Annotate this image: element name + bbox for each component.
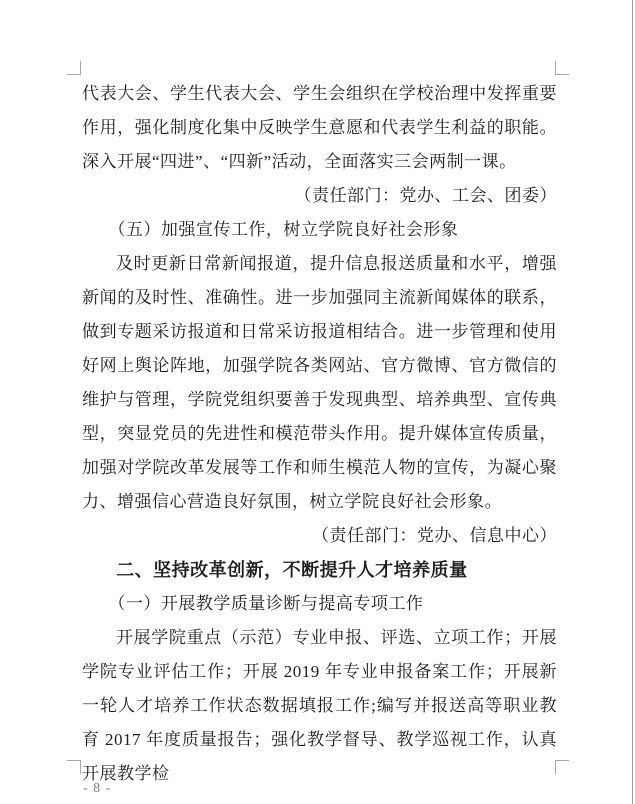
crop-mark-top-right [555,61,569,75]
document-content: 代表大会、学生代表大会、学生会组织在学校治理中发挥重要作用，强化制度化集中反映学… [82,77,557,791]
body-paragraph: 代表大会、学生代表大会、学生会组织在学校治理中发挥重要作用，强化制度化集中反映学… [82,77,557,179]
crop-mark-bottom-right [555,760,569,774]
body-paragraph: 开展学院重点（示范）专业申报、评选、立项工作；开展学院专业评估工作；开展 201… [82,621,557,791]
sub-heading: （一）开展教学质量诊断与提高专项工作 [82,587,557,621]
attribution-line: （责任部门：党办、信息中心） [82,519,557,553]
crop-mark-bottom-left [67,760,81,774]
document-page: 代表大会、学生代表大会、学生会组织在学校治理中发挥重要作用，强化制度化集中反映学… [0,0,635,804]
page-edge-line [632,0,633,804]
crop-mark-top-left [67,61,81,75]
attribution-line: （责任部门：党办、工会、团委） [82,179,557,213]
section-heading: 二、坚持改革创新，不断提升人才培养质量 [82,553,557,587]
page-number: - 8 - [83,781,111,797]
sub-heading: （五）加强宣传工作，树立学院良好社会形象 [82,213,557,247]
body-paragraph: 及时更新日常新闻报道，提升信息报送质量和水平，增强新闻的及时性、准确性。进一步加… [82,247,557,519]
